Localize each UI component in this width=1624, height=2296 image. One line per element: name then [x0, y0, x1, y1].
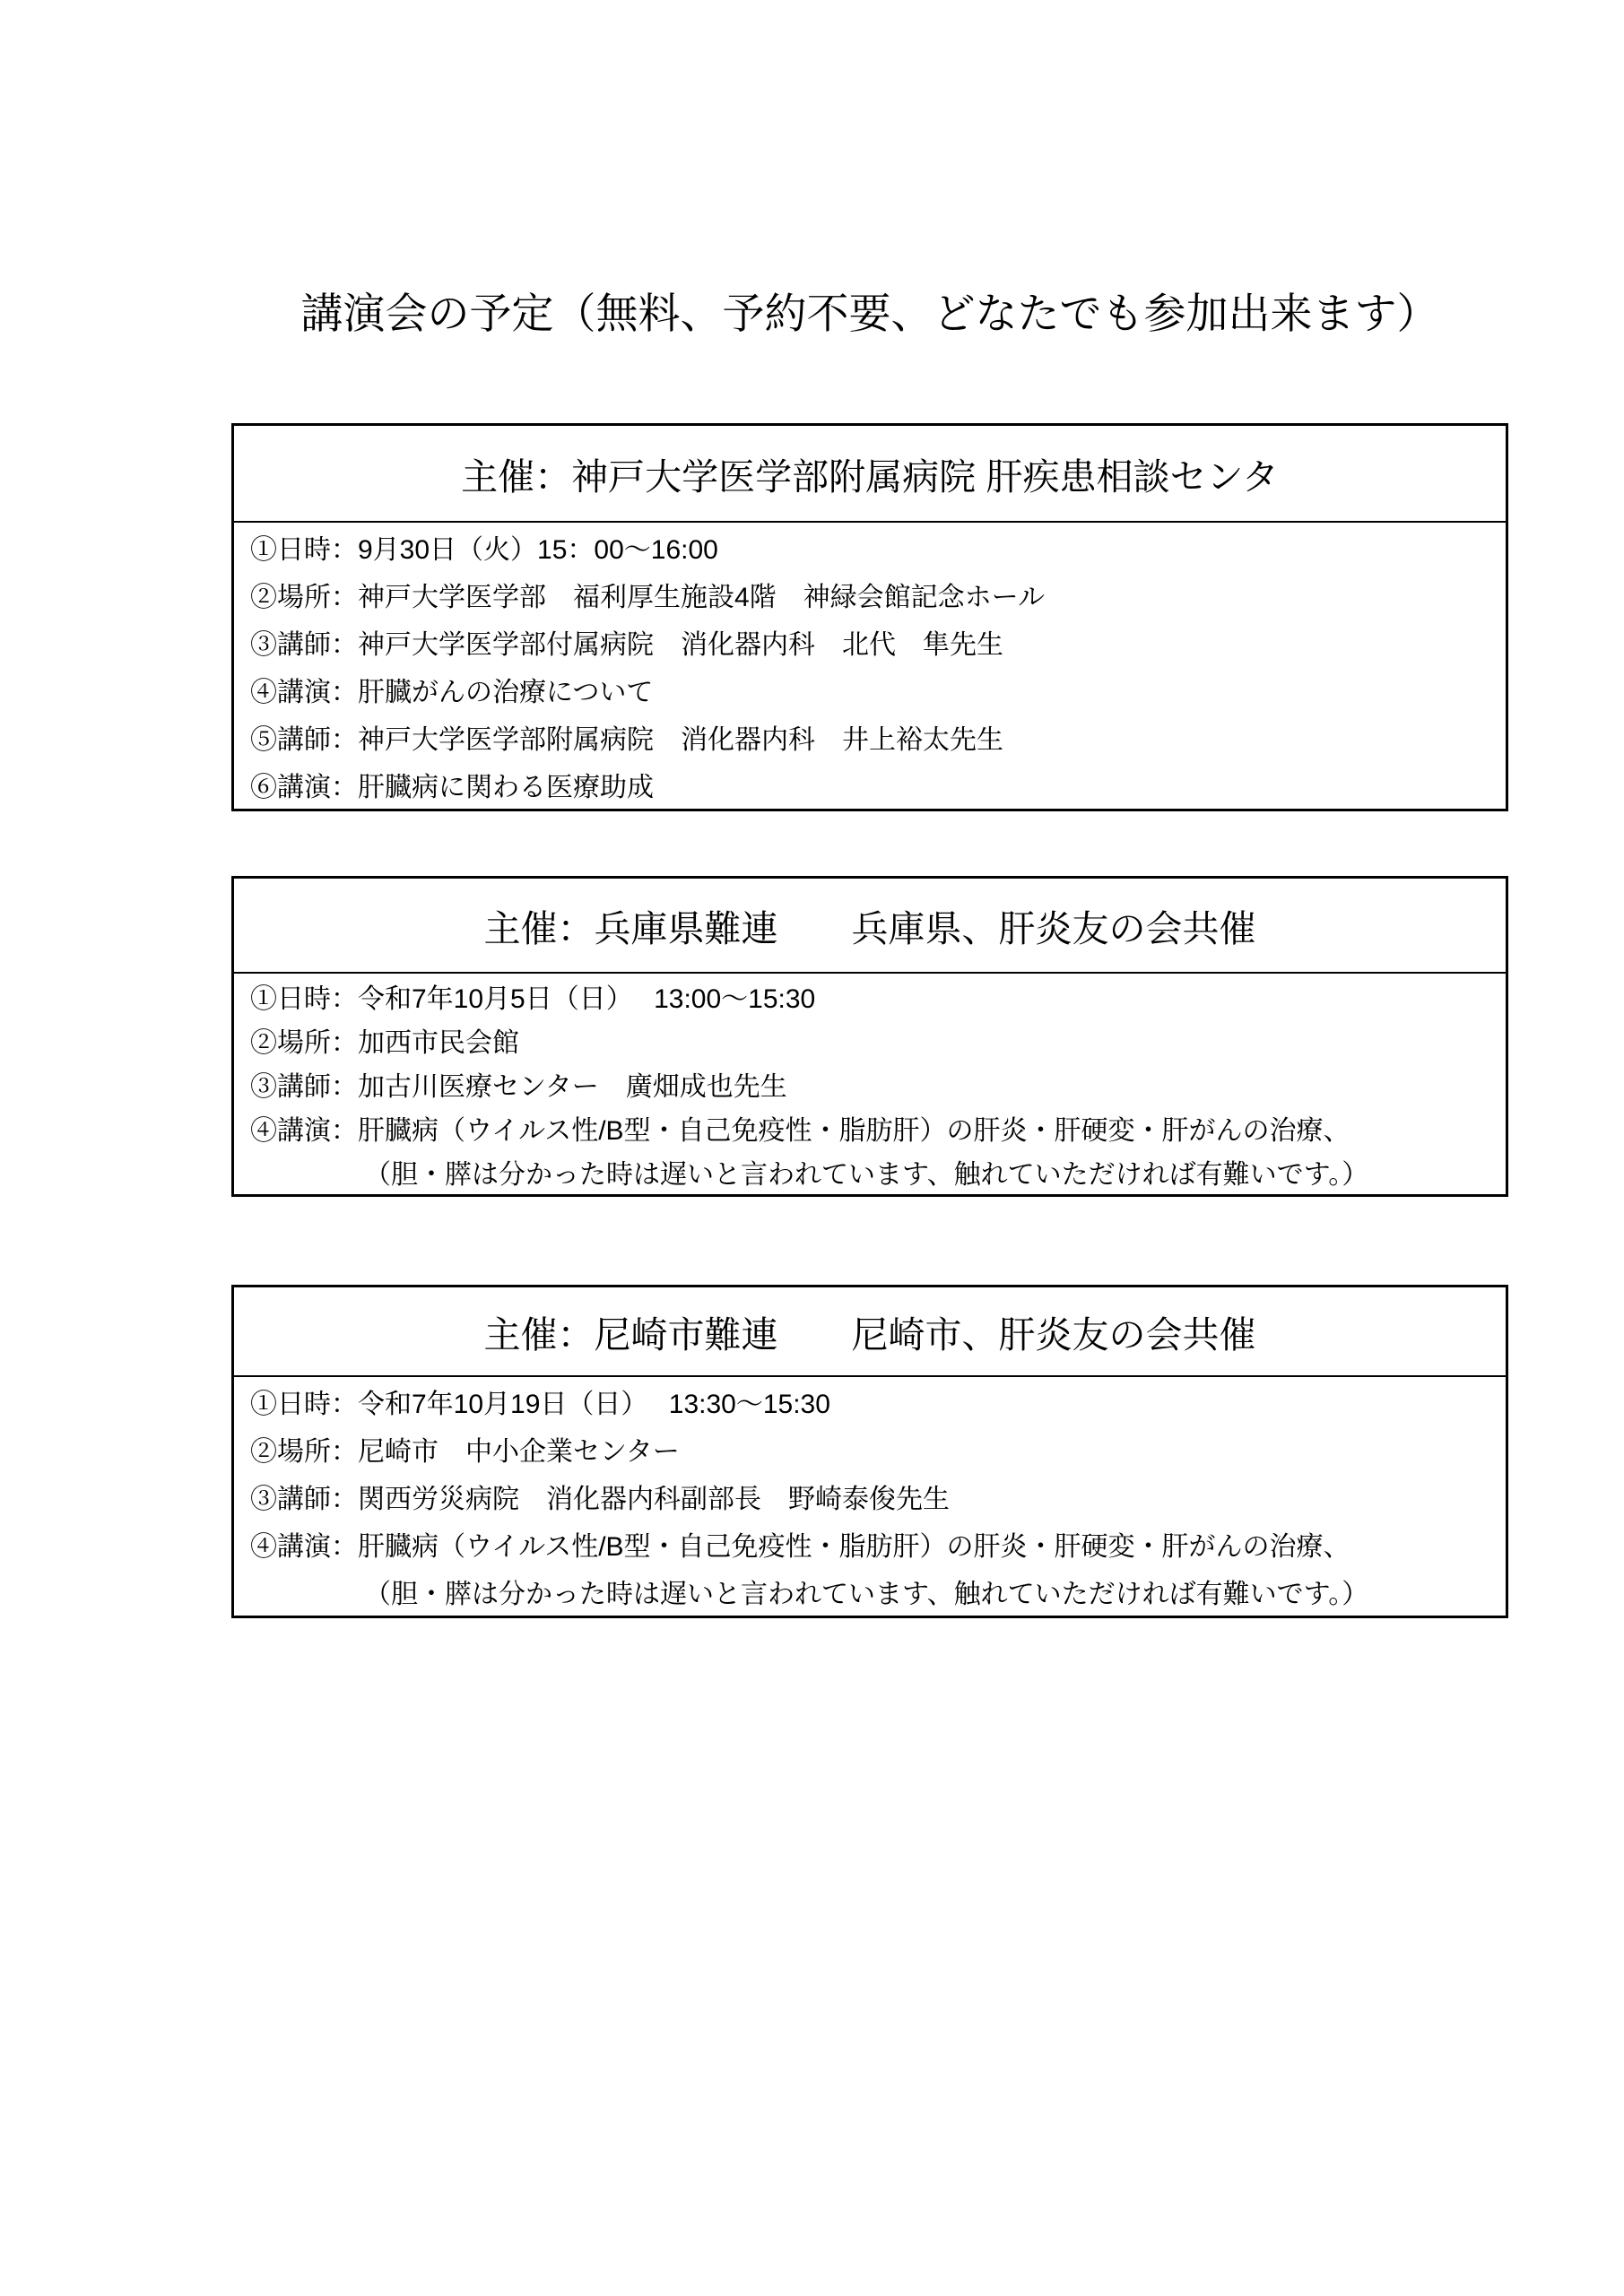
event-box-kobe-university: 主催：神戸大学医学部附属病院 肝疾患相談センタ ①日時：9月30日（火）15：0… — [231, 423, 1508, 811]
document-page: 講演会の予定（無料、予約不要、どなたでも参加出来ます） 主催：神戸大学医学部附属… — [0, 0, 1624, 2296]
event-header: 主催：兵庫県難連 兵庫県、肝炎友の会共催 — [234, 879, 1506, 974]
event-body: ①日時：令和7年10月19日（日） 13:30～15:30 ②場所：尼崎市 中小… — [234, 1377, 1506, 1618]
event-line-lecturer: ③講師：関西労災病院 消化器内科副部長 野崎泰俊先生 — [250, 1476, 1493, 1523]
event-body: ①日時：令和7年10月5日（日） 13:00～15:30 ②場所：加西市民会館 … — [234, 974, 1506, 1197]
event-header: 主催：尼崎市難連 尼崎市、肝炎友の会共催 — [234, 1287, 1506, 1377]
event-line-lecturer: ⑤講師：神戸大学医学部附属病院 消化器内科 井上裕太先生 — [250, 716, 1493, 764]
event-line-lecture-note: （胆・膵は分かった時は遅いと言われています、触れていただければ有難いです。） — [250, 1571, 1493, 1618]
event-line-datetime: ①日時：令和7年10月19日（日） 13:30～15:30 — [250, 1381, 1493, 1428]
event-box-hyogo-nanren: 主催：兵庫県難連 兵庫県、肝炎友の会共催 ①日時：令和7年10月5日（日） 13… — [231, 876, 1508, 1197]
event-line-lecture-note: （胆・膵は分かった時は遅いと言われています、触れていただければ有難いです。） — [250, 1153, 1493, 1197]
event-line-place: ②場所：加西市民会館 — [250, 1021, 1493, 1065]
event-line-lecture: ④講演：肝臓病（ウイルス性/B型・自己免疫性・脂肪肝）の肝炎・肝硬変・肝がんの治… — [250, 1523, 1493, 1571]
event-line-datetime: ①日時：9月30日（火）15：00～16:00 — [250, 526, 1493, 574]
event-line-datetime: ①日時：令和7年10月5日（日） 13:00～15:30 — [250, 977, 1493, 1021]
event-line-lecturer: ③講師：加古川医療センター 廣畑成也先生 — [250, 1065, 1493, 1109]
event-body: ①日時：9月30日（火）15：00～16:00 ②場所：神戸大学医学部 福利厚生… — [234, 523, 1506, 811]
event-line-lecture: ④講演：肝臓がんの治療について — [250, 669, 1493, 716]
page-title: 講演会の予定（無料、予約不要、どなたでも参加出来ます） — [231, 285, 1508, 342]
event-line-lecture: ④講演：肝臓病（ウイルス性/B型・自己免疫性・脂肪肝）の肝炎・肝硬変・肝がんの治… — [250, 1109, 1493, 1153]
event-line-place: ②場所：神戸大学医学部 福利厚生施設4階 神緑会館記念ホール — [250, 574, 1493, 621]
event-header: 主催：神戸大学医学部附属病院 肝疾患相談センタ — [234, 426, 1506, 523]
event-line-place: ②場所：尼崎市 中小企業センター — [250, 1428, 1493, 1476]
event-box-amagasaki-nanren: 主催：尼崎市難連 尼崎市、肝炎友の会共催 ①日時：令和7年10月19日（日） 1… — [231, 1285, 1508, 1618]
event-line-lecture: ⑥講演：肝臓病に関わる医療助成 — [250, 764, 1493, 811]
event-line-lecturer: ③講師：神戸大学医学部付属病院 消化器内科 北代 隼先生 — [250, 621, 1493, 669]
